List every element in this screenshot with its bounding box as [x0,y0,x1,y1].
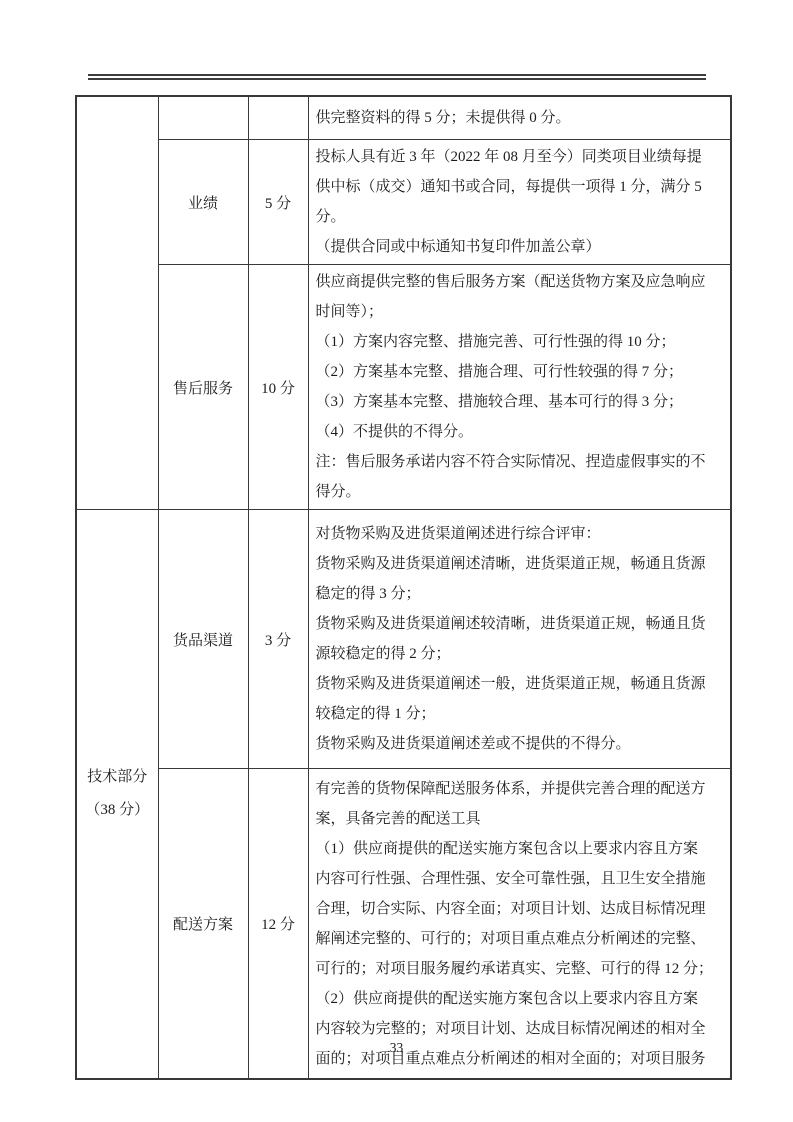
criterion-description-cell: 供完整资料的得 5 分；未提供得 0 分。 [308,96,731,140]
evaluation-criteria-table: 供完整资料的得 5 分；未提供得 0 分。 业绩 5 分 投标人具有近 3 年（… [75,95,732,1080]
document-page: 供完整资料的得 5 分；未提供得 0 分。 业绩 5 分 投标人具有近 3 年（… [0,0,793,1122]
criterion-description-cell: 有完善的货物保障配送服务体系，并提供完善合理的配送方 案，具备完善的配送工具 （… [308,769,731,1080]
criterion-description-cell: 投标人具有近 3 年（2022 年 08 月至今）同类项目业绩每提 供中标（成交… [308,140,731,265]
criterion-score-cell [248,96,308,140]
criterion-name-cell: 售后服务 [158,265,248,510]
criterion-description-cell: 供应商提供完整的售后服务方案（配送货物方案及应急响应 时间等）； （1）方案内容… [308,265,731,510]
table-row: 售后服务 10 分 供应商提供完整的售后服务方案（配送货物方案及应急响应 时间等… [76,265,731,510]
criterion-score-cell: 3 分 [248,510,308,769]
section-cell-empty [76,96,158,510]
table-row: 供完整资料的得 5 分；未提供得 0 分。 [76,96,731,140]
header-divider-rule [88,74,706,80]
criterion-name-cell [158,96,248,140]
criterion-name-cell: 业绩 [158,140,248,265]
criterion-score-cell: 12 分 [248,769,308,1080]
section-cell-technical: 技术部分 （38 分） [76,510,158,1080]
criterion-name-cell: 配送方案 [158,769,248,1080]
table-row: 业绩 5 分 投标人具有近 3 年（2022 年 08 月至今）同类项目业绩每提… [76,140,731,265]
table-row: 配送方案 12 分 有完善的货物保障配送服务体系，并提供完善合理的配送方 案，具… [76,769,731,1080]
table-row: 技术部分 （38 分） 货品渠道 3 分 对货物采购及进货渠道阐述进行综合评审：… [76,510,731,769]
criterion-description-cell: 对货物采购及进货渠道阐述进行综合评审： 货物采购及进货渠道阐述清晰，进货渠道正规… [308,510,731,769]
page-number: 33 [0,1040,793,1056]
criterion-score-cell: 10 分 [248,265,308,510]
criterion-score-cell: 5 分 [248,140,308,265]
criterion-name-cell: 货品渠道 [158,510,248,769]
